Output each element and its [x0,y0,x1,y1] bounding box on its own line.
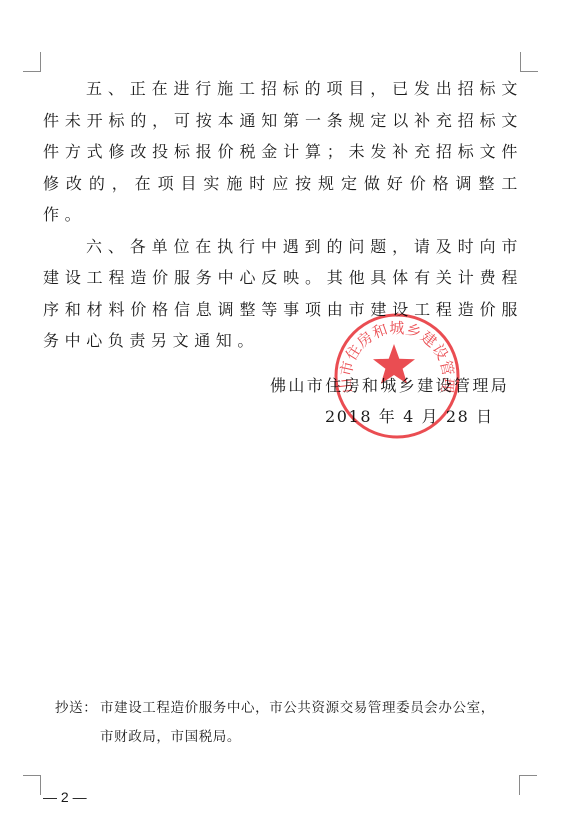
crop-mark-bottom-right [519,775,537,795]
star-icon [373,344,415,384]
crop-mark-top-right [520,52,538,72]
paragraph-five: 五、正在进行施工招标的项目，已发出招标文件未开标的，可按本通知第一条规定以补充招… [43,73,523,231]
cc-label: 抄送： [55,694,100,723]
page-number: — 2 — [43,789,87,805]
official-seal-icon: 佛山市住房和城乡建设管理局 [333,312,461,440]
cc-recipients-line2: 市财政局，市国税局。 [55,723,495,752]
cc-recipients-line1: 市建设工程造价服务中心，市公共资源交易管理委员会办公室， [100,694,495,723]
cc-block: 抄送： 市建设工程造价服务中心，市公共资源交易管理委员会办公室， 市财政局，市国… [55,694,495,752]
crop-mark-bottom-left [23,775,41,795]
crop-mark-top-left [23,52,41,72]
